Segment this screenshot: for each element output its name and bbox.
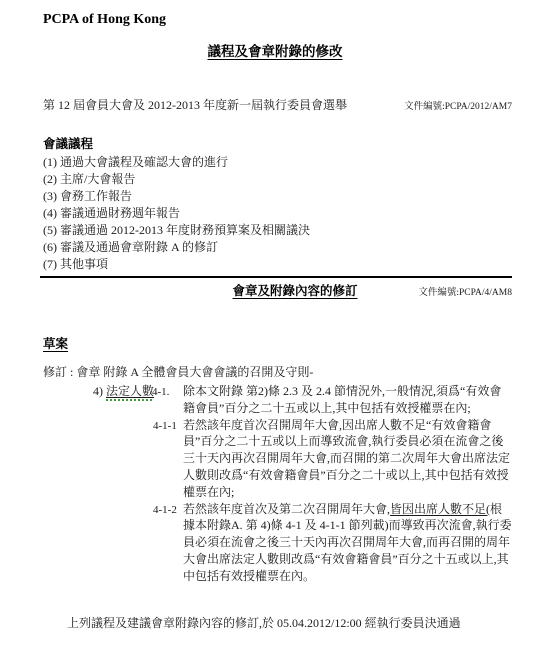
meeting-title: 第 12 屆會員大會及 2012-2013 年度新一屆執行委員會選舉: [43, 97, 347, 113]
draft-heading: 草案: [43, 336, 512, 353]
agenda-item-6: (6) 審議及通過會章附錄 A 的修訂: [43, 239, 512, 256]
clause-4-1-2-underlined-phrase: 皆因出席人數不足(: [390, 502, 490, 516]
agenda-item-1: (1) 通過大會議程及確認大會的進行: [43, 154, 512, 171]
clause-4-term-text: 法定人數: [106, 384, 154, 398]
clause-4-1-1-label: 4-1-1: [153, 417, 183, 435]
agenda-list: (1) 通過大會議程及確認大會的進行 (2) 主席/大會報告 (3) 會務工作報…: [43, 154, 512, 273]
section2-header-row: 會章及附錄內容的修訂 文件編號:PCPA/4/AM8: [0, 283, 550, 300]
meeting-header-row: 第 12 屆會員大會及 2012-2013 年度新一屆執行委員會選舉 文件編號:…: [43, 97, 512, 115]
agenda-item-2: (2) 主席/大會報告: [43, 171, 512, 188]
agenda-item-7: (7) 其他事項: [43, 256, 512, 273]
amendment-label: 修訂 :: [43, 365, 73, 379]
clause-4-1-2-row: 4-1-2 若然該年度首次及第二次召開周年大會,皆因出席人數不足(根據本附錄A.…: [153, 501, 550, 585]
document-title-text: 議程及會章附錄的修改: [208, 44, 343, 59]
clause-4-block: 4) 法定人數 4-1. 除本文附錄 第2)條 2.3 及 2.4 節情況外,一…: [0, 383, 550, 585]
doc-number-am8: 文件編號:PCPA/4/AM8: [418, 285, 512, 302]
clause-4-1-1-text: 若然該年度首次召開周年大會,因出席人數不足“有效會籍會員”百分之二十五或以上而導…: [183, 417, 513, 501]
section2-heading: 會章及附錄內容的修訂: [232, 284, 357, 298]
agenda-item-5: (5) 審議通過 2012-2013 年度財務預算案及相關議決: [43, 222, 512, 239]
clause-4-1-1-row: 4-1-1 若然該年度首次召開周年大會,因出席人數不足“有效會籍會員”百分之二十…: [153, 417, 550, 501]
amendment-line: 修訂 : 會章 附錄 A 全體會員大會會議的召開及守則-: [43, 364, 512, 381]
org-name: PCPA of Hong Kong: [43, 10, 512, 29]
agenda-item-3: (3) 會務工作報告: [43, 188, 512, 205]
agenda-item-4: (4) 審議通過財務週年報告: [43, 205, 512, 222]
document-title: 議程及會章附錄的修改: [0, 43, 550, 61]
clause-4-1-2-text: 若然該年度首次及第二次召開周年大會,皆因出席人數不足(根據本附錄A. 第 4)條…: [183, 501, 513, 585]
clause-4-number: 4): [93, 384, 106, 398]
clause-4-term: 4) 法定人數: [93, 383, 152, 400]
doc-number-am7: 文件編號:PCPA/2012/AM7: [404, 99, 512, 115]
section-divider: [40, 276, 512, 278]
clause-4-1-2-label: 4-1-2: [153, 501, 183, 519]
clause-4-1-2-text-before: 若然該年度首次及第二次召開周年大會,: [183, 502, 390, 516]
clause-4-1-label: 4-1.: [152, 383, 183, 401]
document-page: PCPA of Hong Kong 議程及會章附錄的修改 第 12 屆會員大會及…: [0, 0, 550, 653]
approval-line: 上列議程及建議會章附錄內容的修訂,於 05.04.2012/12:00 經執行委…: [67, 615, 512, 632]
clause-4-1-row: 4) 法定人數 4-1. 除本文附錄 第2)條 2.3 及 2.4 節情況外,一…: [93, 383, 550, 417]
clause-4-1-text: 除本文附錄 第2)條 2.3 及 2.4 節情況外,一般情況,須爲“有效會籍會員…: [183, 383, 513, 417]
agenda-heading: 會議議程: [43, 135, 512, 154]
amendment-intro: 會章 附錄 A 全體會員大會會議的召開及守則-: [76, 365, 313, 379]
